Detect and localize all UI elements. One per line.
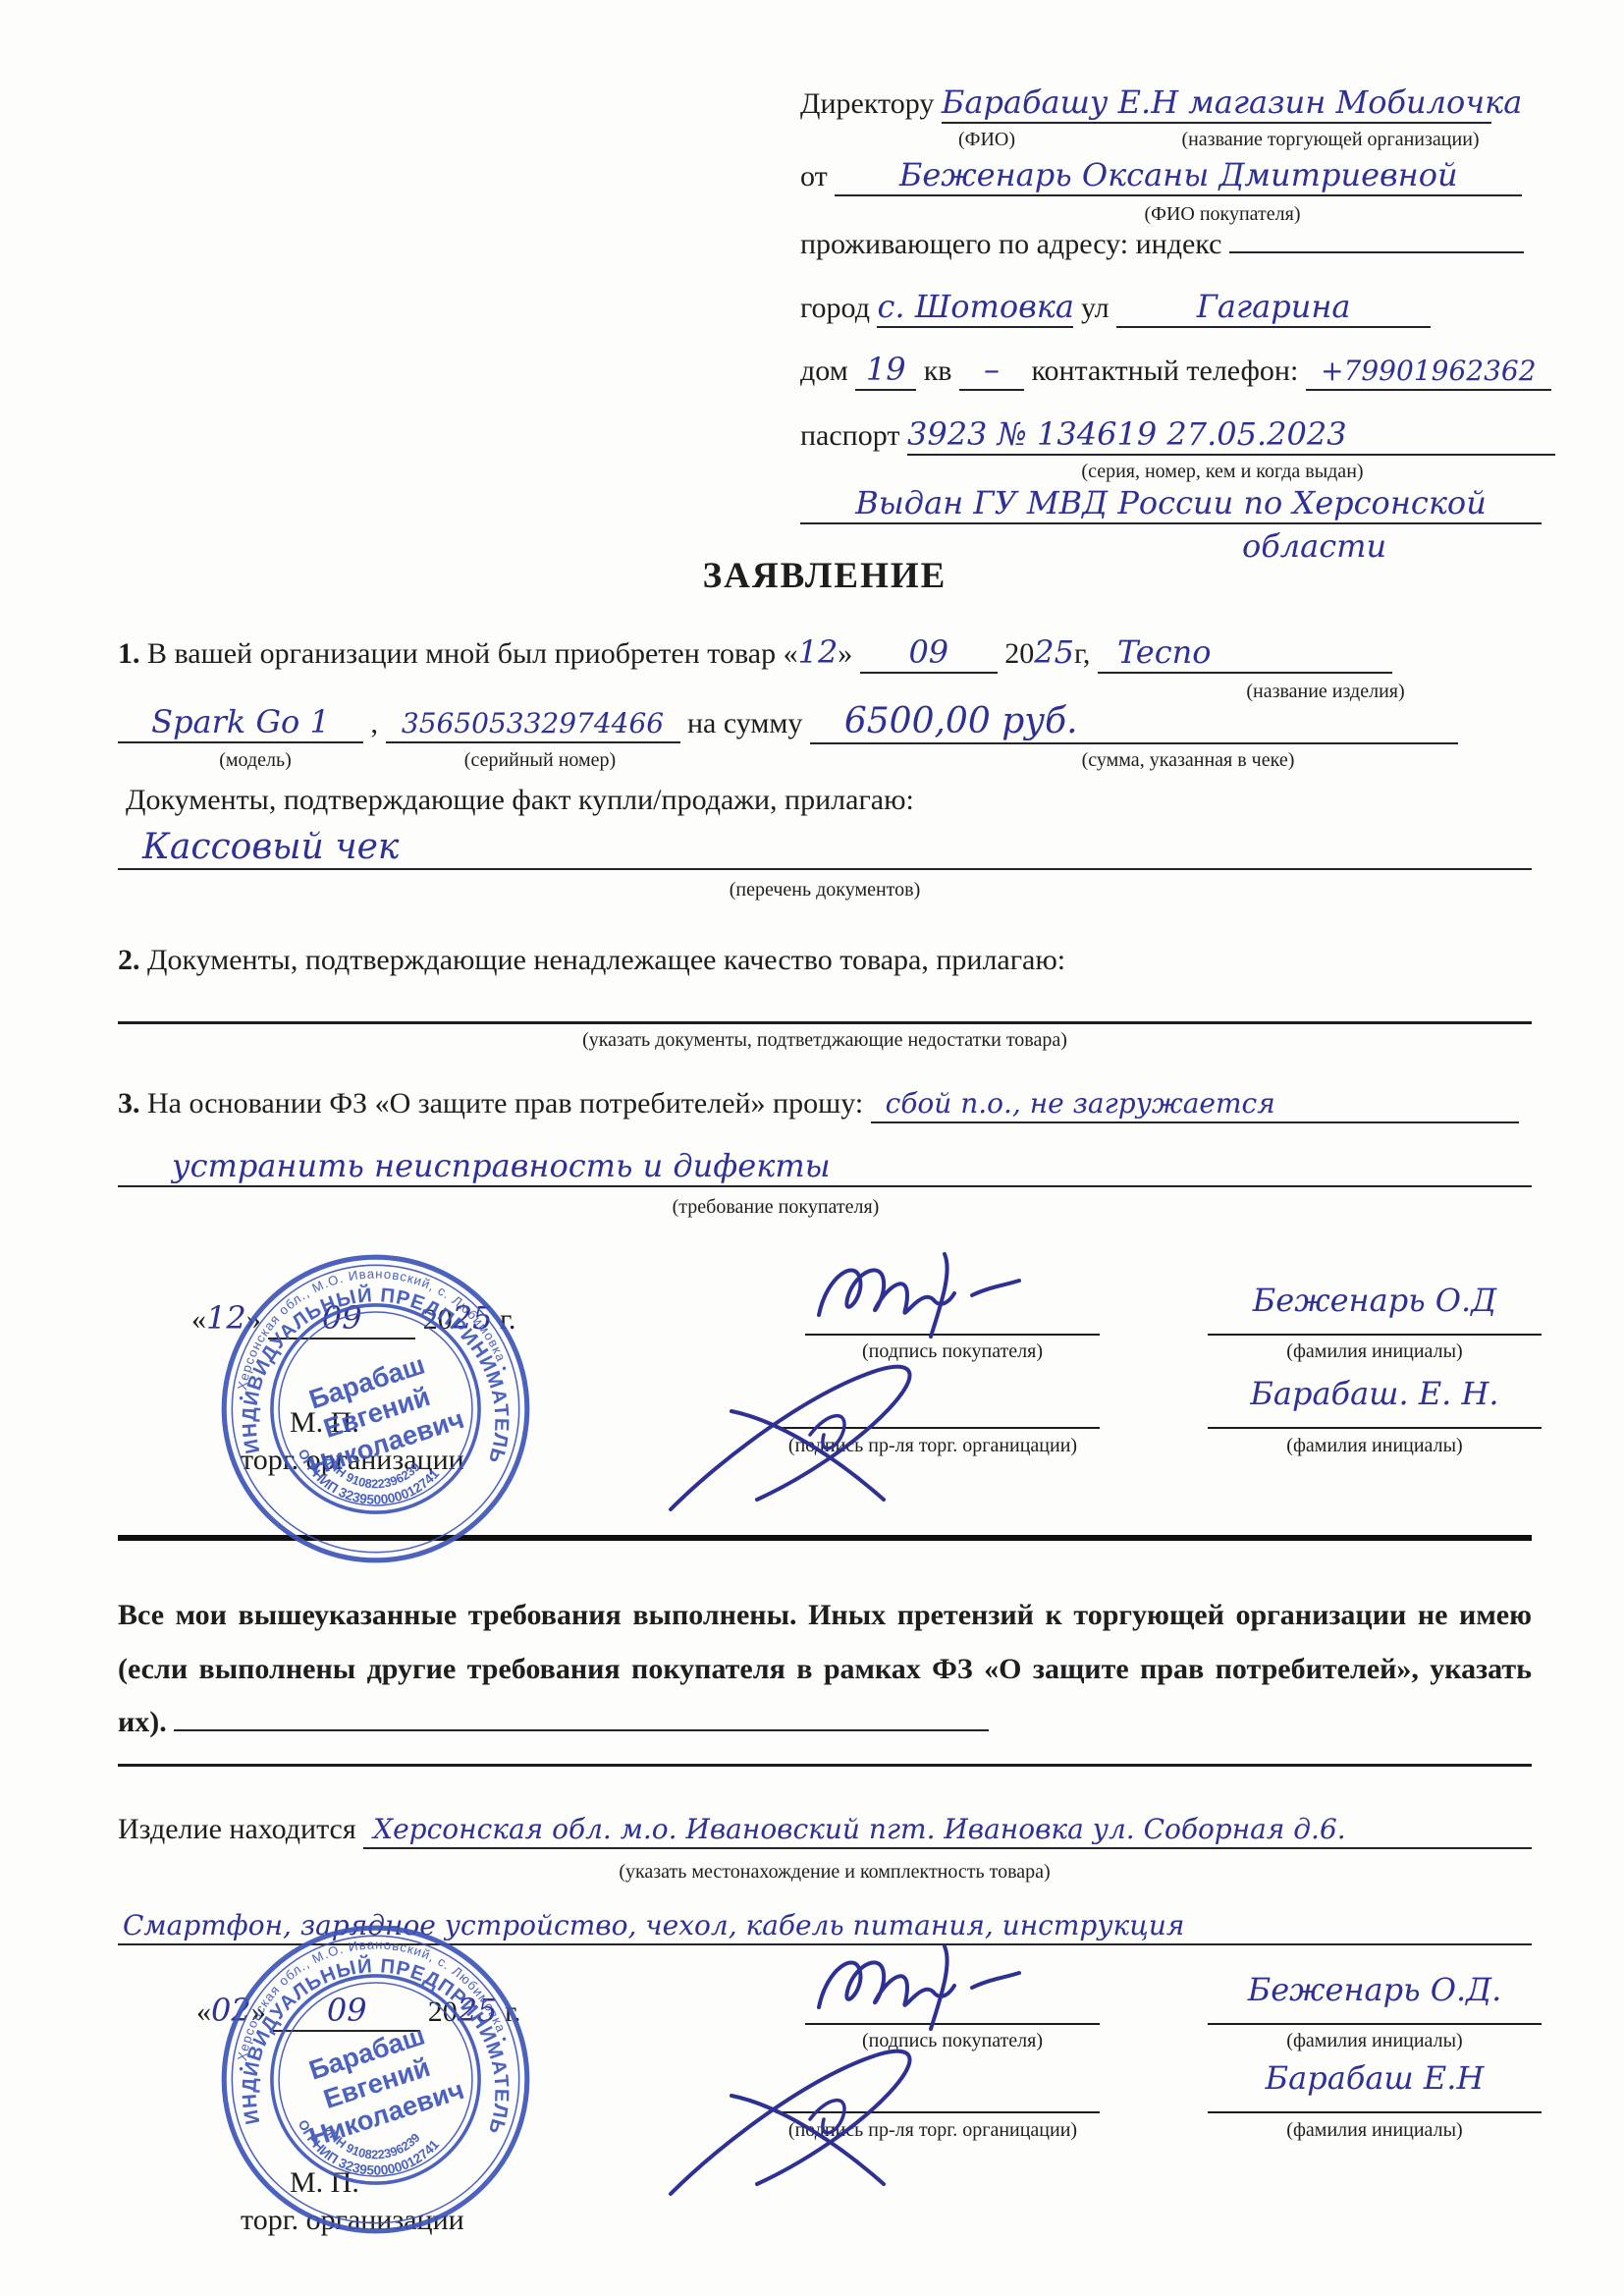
s1-day: 12: [798, 633, 839, 671]
phone-value: +79901962362: [1321, 355, 1536, 387]
s1-product-field: Tecno: [1098, 633, 1392, 674]
header-line-director: Директору Барабашу Е.Н магазин Мобилочка: [800, 83, 1491, 124]
city-value: с. Шотовка: [877, 288, 1073, 325]
street-value: Гагарина: [1197, 288, 1351, 325]
caption-buyer-name-top: (фамилия инициалы): [1208, 1340, 1542, 1362]
sig-bottom-year-hand: 25: [458, 1992, 498, 2029]
sig-top-month: 09: [322, 1299, 362, 1337]
passport-value: 3923 № 134619 27.05.2023: [907, 415, 1347, 453]
sig-bottom-org: торг. организации: [241, 2203, 464, 2238]
s3-request-field-2: устранить неисправность и дифекты: [118, 1147, 1532, 1187]
buyer-name-bottom: Беженарь О.Д.: [1248, 1971, 1502, 2008]
caption-model: (модель): [157, 749, 353, 771]
sig-top-day: 12: [206, 1299, 246, 1337]
final-note-text: Все мои вышеуказанные требования выполне…: [118, 1599, 1532, 1738]
s1-comma: ,: [371, 707, 379, 739]
buyer-signature-bottom: [805, 1942, 1100, 2031]
svg-text:Николаевич: Николаевич: [305, 2074, 467, 2153]
s1-product: Tecno: [1098, 633, 1212, 671]
s1-serial: 356505332974466: [402, 707, 664, 739]
buyer-signature-top: [805, 1250, 1100, 1339]
signature-block-top: «12» 09 2025 г. М. П. торг. организации …: [118, 1262, 1551, 1557]
caption-org: (название торгующей организации): [1124, 129, 1537, 150]
house-value: 19: [866, 351, 906, 388]
sig-bottom-mp: М. П.: [290, 2165, 359, 2201]
s1-month: 09: [908, 633, 948, 671]
s1-text: В вашей организации мной был приобретен …: [147, 637, 798, 670]
s3-request-field: сбой п.о., не загружается: [871, 1086, 1519, 1123]
sig-top-year-suffix: г.: [500, 1303, 515, 1336]
caption-location: (указать местонахождение и комплектность…: [511, 1861, 1159, 1883]
s3-line1: 3. На основании ФЗ «О защите прав потреб…: [118, 1086, 1519, 1123]
s3-request-value: сбой п.о., не загружается: [871, 1087, 1275, 1120]
svg-text:Евгений: Евгений: [320, 2051, 434, 2114]
signature-block-bottom: «02» 09 2025 г. М. П. торг. организации …: [118, 1925, 1551, 2296]
seller-name-top: Барабаш. Е. Н.: [1250, 1375, 1498, 1412]
issued-value: Выдан ГУ МВД России по Херсонской: [855, 484, 1487, 521]
s2-line: 2. Документы, подтверждающие ненадлежаще…: [118, 943, 1532, 978]
caption-fio: (ФИО): [928, 129, 1046, 150]
street-label: ул: [1081, 292, 1110, 324]
seller-signature-bottom: [663, 2037, 1036, 2204]
stamp-band-text: ИНДИВИДУАЛЬНЫЙ ПРЕДПРИНИМАТЕЛЬ: [239, 1953, 512, 2137]
s1-docs-label: Документы, подтверждающие факт купли/про…: [126, 783, 914, 818]
caption-s3: (требование покупателя): [530, 1196, 1021, 1218]
house-label: дом: [800, 355, 848, 387]
director-value: Барабашу Е.Н магазин Мобилочка: [942, 83, 1523, 121]
location-line: Изделие находится Херсонская обл. м.о. И…: [118, 1812, 1532, 1849]
director-label: Директору: [800, 87, 934, 120]
header-line-house: дом 19 кв – контактный телефон: +7990196…: [800, 351, 1551, 391]
s1-sum-label: на сумму: [687, 707, 802, 739]
s3-number: 3.: [118, 1087, 140, 1120]
s2-blank-line: [118, 1021, 1532, 1024]
s2-number: 2.: [118, 944, 140, 976]
s1-line2: Spark Go 1 , 356505332974466 на сумму 65…: [118, 700, 1458, 744]
header-line-from: от Беженарь Оксаны Дмитриевной: [800, 156, 1522, 196]
s1-serial-field: 356505332974466: [386, 706, 680, 743]
location-field: Херсонская обл. м.о. Ивановский пгт. Ива…: [363, 1812, 1532, 1849]
director-field: Барабашу Е.Н магазин Мобилочка: [942, 83, 1491, 124]
caption-sum: (сумма, указанная в чеке): [1021, 749, 1355, 771]
sig-bottom-month-field: 09: [273, 1992, 420, 2032]
s3-request-value-2: устранить неисправность и дифекты: [118, 1147, 831, 1184]
caption-serial: (серийный номер): [412, 749, 668, 771]
sig-top-year-prefix: 20: [423, 1303, 453, 1336]
caption-product: (название изделия): [1159, 681, 1492, 702]
s1-month-field: 09: [860, 633, 998, 674]
s2-text: Документы, подтверждающие ненадлежащее к…: [147, 944, 1065, 976]
s1-sum: 6500,00 руб.: [810, 701, 1078, 741]
s1-model: Spark Go 1: [151, 703, 330, 740]
sig-top-date: «12» 09 2025 г.: [191, 1299, 515, 1339]
from-value: Беженарь Оксаны Дмитриевной: [899, 156, 1458, 193]
s3-text: На основании ФЗ «О защите прав потребите…: [147, 1087, 863, 1120]
sig-bottom-day: 02: [211, 1992, 251, 2029]
s1-number: 1.: [118, 637, 140, 670]
svg-text:ИНН 910822396239: ИНН 910822396239: [321, 2123, 423, 2162]
sig-top-mp: М. П.: [290, 1405, 359, 1441]
s1-year-suffix: г,: [1074, 637, 1090, 670]
company-stamp-bottom: • Херсонская обл., М.О. Ивановский, с. Л…: [211, 1915, 540, 2244]
s1-year-prefix: 20: [1004, 637, 1034, 670]
company-stamp-top: • Херсонская обл., М.О. Ивановский, с. Л…: [211, 1244, 540, 1573]
final-note: Все мои вышеуказанные требования выполне…: [118, 1589, 1532, 1750]
sig-bottom-year-suffix: г.: [505, 1995, 520, 2028]
final-note-blank-line-2: [118, 1764, 1532, 1767]
sig-bottom-year-prefix: 20: [428, 1995, 458, 2028]
issued-field: Выдан ГУ МВД России по Херсонской: [800, 484, 1542, 524]
section-divider: [118, 1535, 1532, 1541]
caption-docs: (перечень документов): [628, 879, 1021, 901]
quote-open-2: «: [196, 1995, 211, 2028]
page-title: ЗАЯВЛЕНИЕ: [118, 555, 1532, 597]
flat-value: –: [984, 351, 1000, 388]
s1-sum-field: 6500,00 руб.: [810, 700, 1458, 744]
location-value: Херсонская обл. м.о. Ивановский пгт. Ива…: [363, 1813, 1346, 1845]
caption-buyer-fio: (ФИО покупателя): [1075, 203, 1370, 225]
from-field: Беженарь Оксаны Дмитриевной: [835, 156, 1522, 196]
svg-text:ИНДИВИДУАЛЬНЫЙ ПРЕДПРИНИМАТЕЛЬ: ИНДИВИДУАЛЬНЫЙ ПРЕДПРИНИМАТЕЛЬ: [239, 1953, 512, 2137]
claim-form-page: Директору Барабашу Е.Н магазин Мобилочка…: [0, 0, 1624, 2296]
buyer-name-field-bottom: Беженарь О.Д.: [1208, 1971, 1542, 2025]
seller-name-field-top: Барабаш. Е. Н.: [1208, 1375, 1542, 1429]
header-line-city: город с. Шотовка ул Гагарина: [800, 288, 1431, 328]
s1-line1: 1. В вашей организации мной был приобрет…: [118, 633, 1392, 674]
s1-docs-field: Кассовый чек: [118, 826, 1532, 870]
city-field: с. Шотовка: [877, 288, 1073, 328]
address-label: проживающего по адресу: индекс: [800, 228, 1221, 260]
caption-seller-name-top: (фамилия инициалы): [1208, 1435, 1542, 1456]
caption-seller-name-bottom: (фамилия инициалы): [1208, 2119, 1542, 2141]
quote-close: »: [246, 1303, 261, 1336]
s1-docs-value: Кассовый чек: [118, 827, 399, 867]
city-label: город: [800, 292, 870, 324]
caption-passport: (серия, номер, кем и когда выдан): [1016, 461, 1429, 482]
final-note-blank: [174, 1729, 989, 1731]
seller-name-bottom: Барабаш Е.Н: [1266, 2059, 1485, 2097]
sig-bottom-date: «02» 09 2025 г.: [196, 1992, 520, 2032]
buyer-name-top: Беженарь О.Д: [1253, 1282, 1496, 1319]
s1-year-hand: 25: [1034, 633, 1074, 671]
phone-label: контактный телефон:: [1031, 355, 1298, 387]
passport-label: паспорт: [800, 419, 899, 452]
s1-quote-close: »: [838, 637, 852, 670]
passport-field: 3923 № 134619 27.05.2023: [907, 415, 1555, 456]
header-line-issued: Выдан ГУ МВД России по Херсонской: [800, 484, 1542, 524]
stamp-center-name: Барабаш Евгений Николаевич: [286, 2013, 467, 2153]
quote-open: «: [191, 1303, 206, 1336]
sig-top-org: торг. организации: [241, 1443, 464, 1478]
seller-name-field-bottom: Барабаш Е.Н: [1208, 2059, 1542, 2113]
buyer-name-field-top: Беженарь О.Д: [1208, 1282, 1542, 1336]
s1-docs-line: Кассовый чек: [118, 826, 1532, 870]
index-field: [1229, 251, 1524, 253]
stamp-inn-text: ИНН 910822396239: [321, 2123, 423, 2162]
s1-model-field: Spark Go 1: [118, 703, 363, 743]
phone-field: +79901962362: [1306, 354, 1551, 391]
quote-close-2: »: [251, 1995, 266, 2028]
flat-label: кв: [924, 355, 952, 387]
sig-top-year-hand: 25: [453, 1299, 493, 1337]
header-line-passport: паспорт 3923 № 134619 27.05.2023: [800, 415, 1555, 456]
seller-signature-top: [663, 1352, 1036, 1519]
flat-field: –: [959, 351, 1024, 391]
location-label: Изделие находится: [118, 1813, 356, 1845]
s3-line2: устранить неисправность и дифекты: [118, 1147, 1532, 1187]
caption-s2: (указать документы, подтветджающие недос…: [550, 1029, 1100, 1051]
from-label: от: [800, 160, 828, 192]
house-field: 19: [855, 351, 916, 391]
sig-bottom-month: 09: [327, 1992, 367, 2029]
sig-top-month-field: 09: [268, 1299, 415, 1339]
caption-buyer-name-bottom: (фамилия инициалы): [1208, 2030, 1542, 2051]
header-line-address: проживающего по адресу: индекс: [800, 227, 1524, 262]
street-field: Гагарина: [1116, 288, 1431, 328]
